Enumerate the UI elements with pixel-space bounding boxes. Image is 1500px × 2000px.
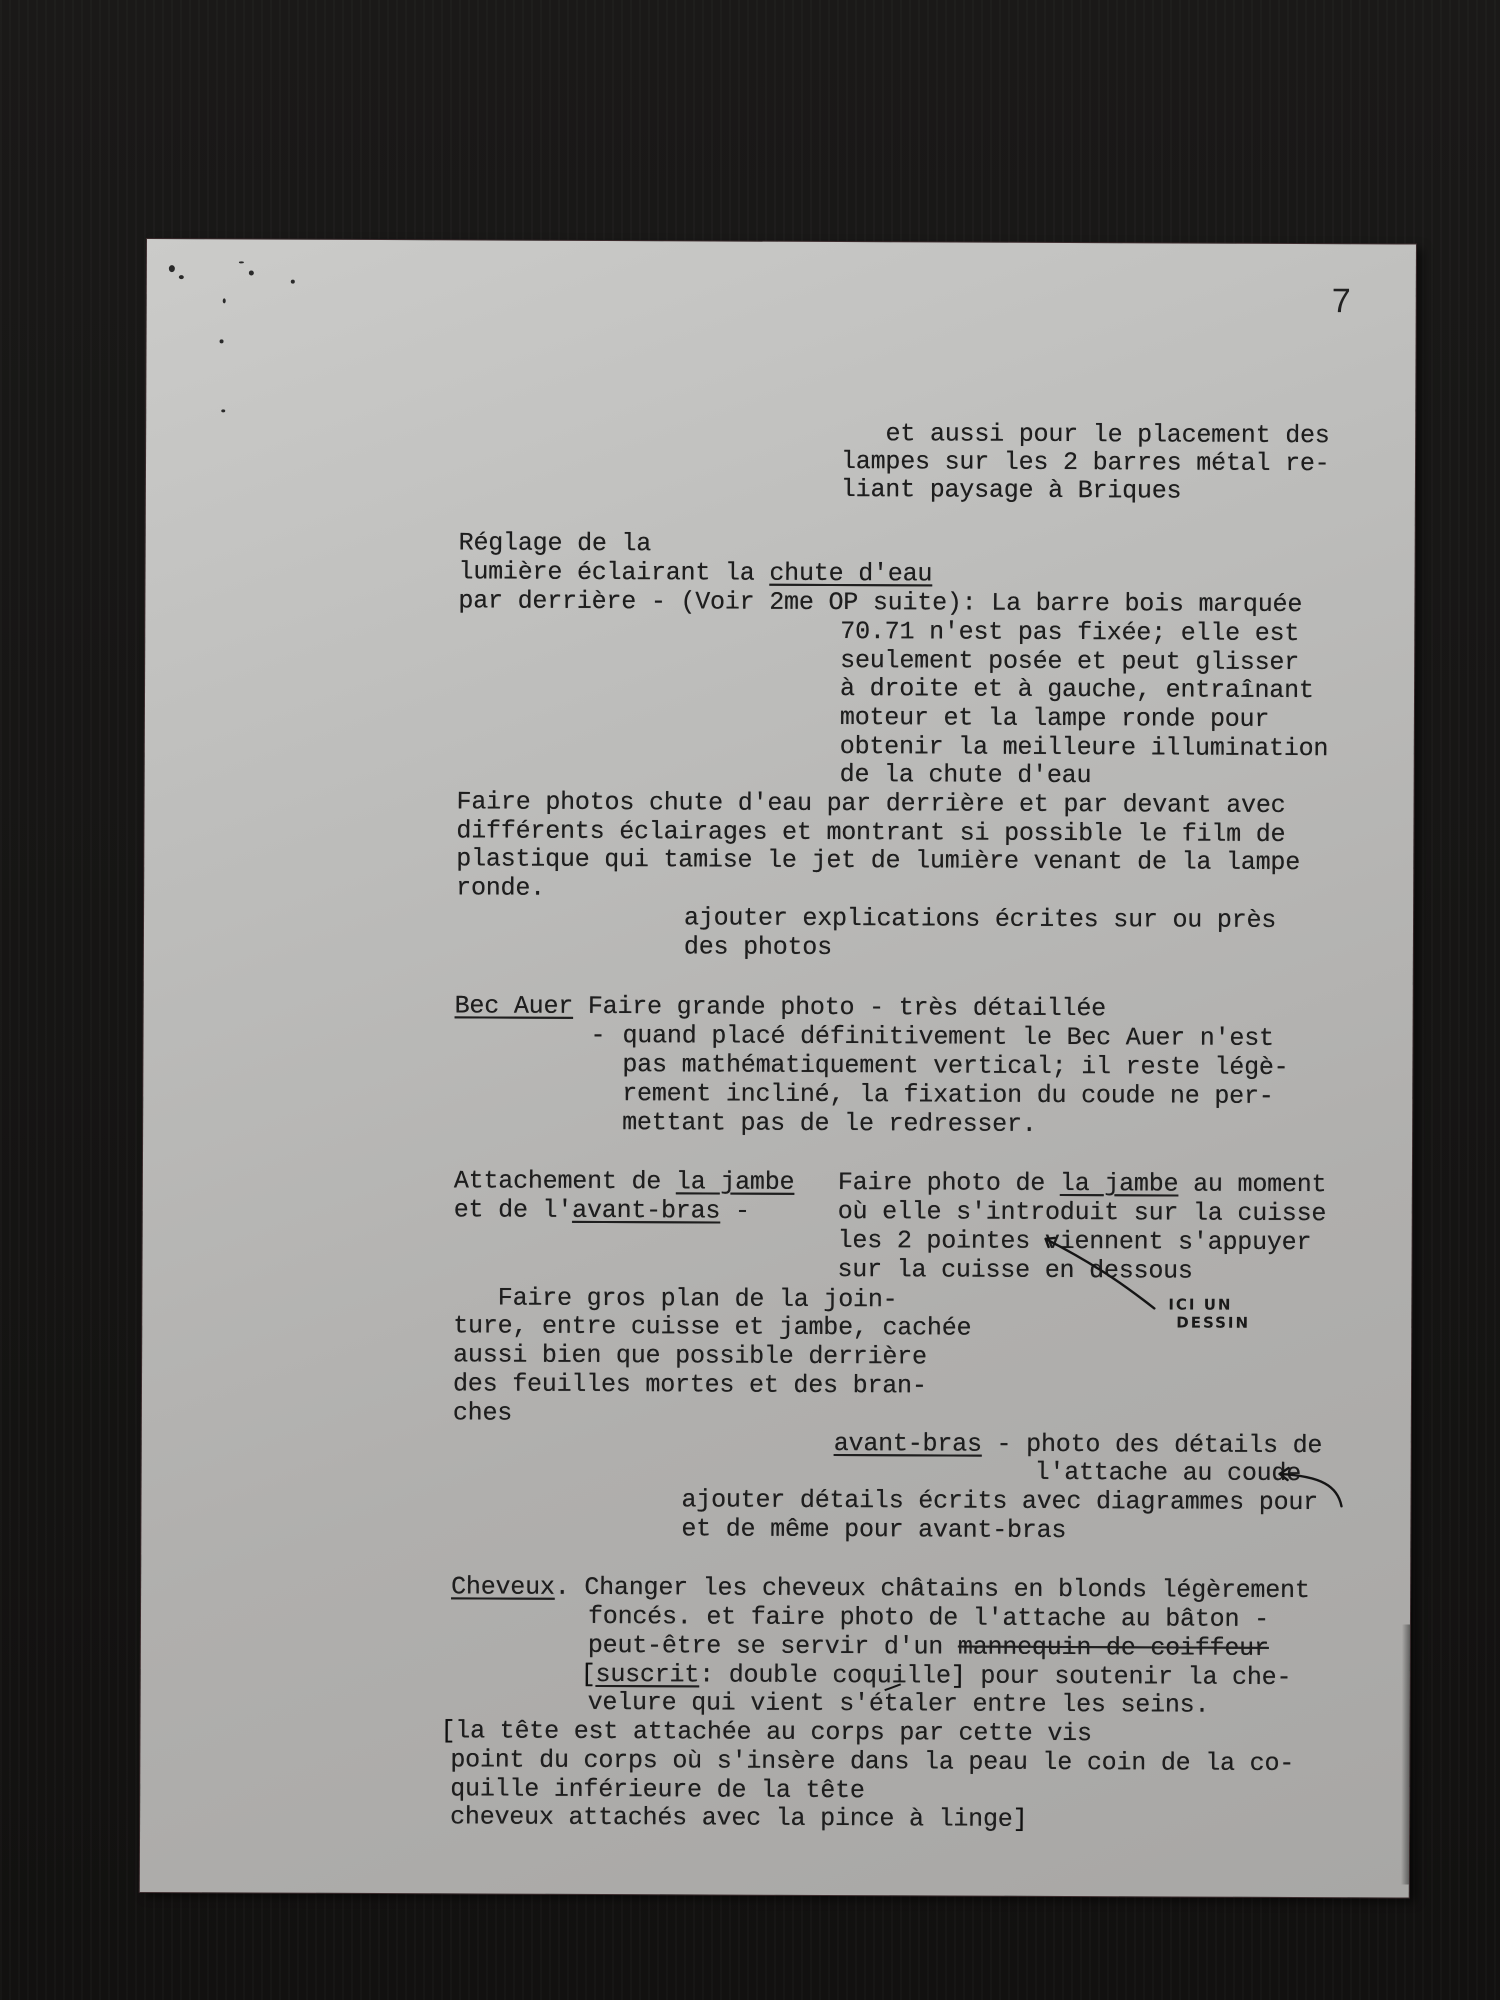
arrow-to-pointes-icon	[1045, 1238, 1154, 1308]
bracket-hook-mark	[885, 1684, 901, 1690]
document-page: 7 et aussi pour le placement des lampes …	[140, 239, 1416, 1898]
handwritten-arrows	[140, 239, 1416, 1898]
arrow-to-coude-icon	[1279, 1468, 1341, 1506]
